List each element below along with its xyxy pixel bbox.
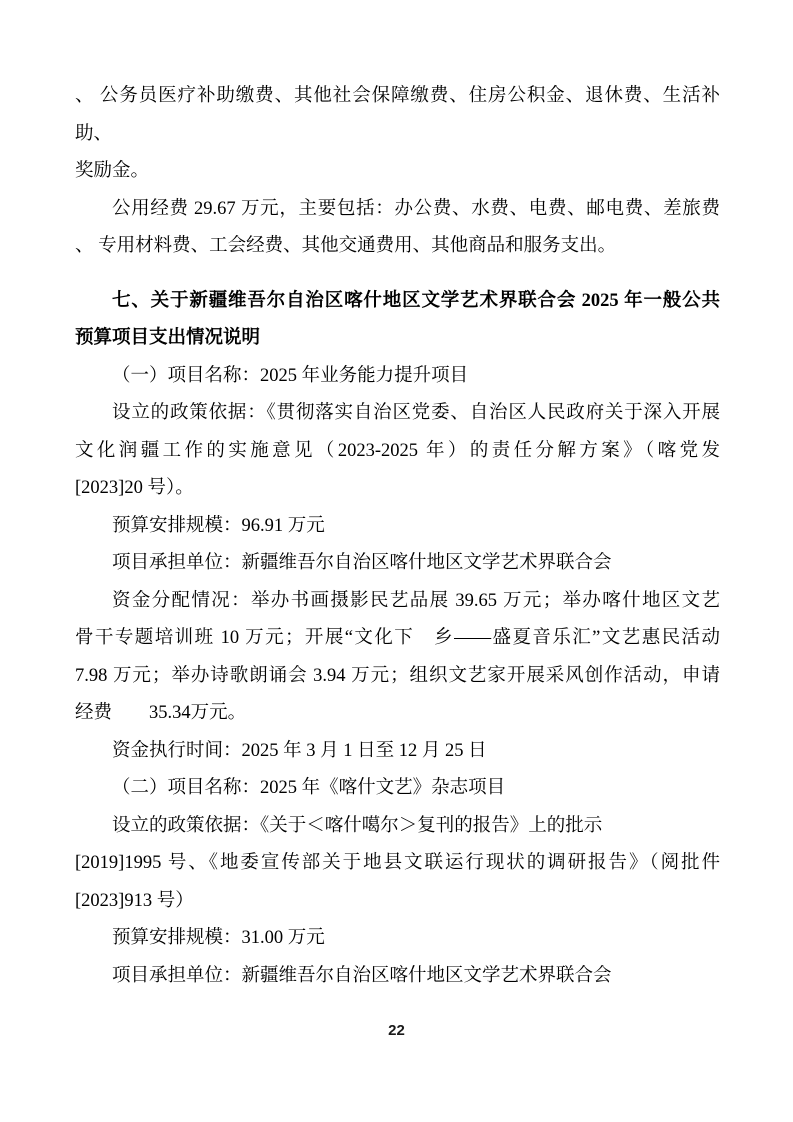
line-public-expense: 公用经费 29.67 万元，主要包括：办公费、水费、电费、邮电费、差旅费 [75, 191, 720, 229]
line-project1-fund-allocation-cont1: 骨干专题培训班 10 万元；开展“文化下 乡——盛夏音乐汇”文艺惠民活动 [75, 620, 720, 658]
line-reward-fund: 奖励金。 [75, 153, 720, 191]
line-project1-budget-scale: 预算安排规模：96.91 万元 [75, 508, 720, 546]
line-project1-policy-basis: 设立的政策依据：《贯彻落实自治区党委、自治区人民政府关于深入开展 [75, 395, 720, 433]
line-project2-undertaker: 项目承担单位：新疆维吾尔自治区喀什地区文学艺术界联合会 [75, 958, 720, 996]
line-project2-policy-basis-cont2: [2023]913 号） [75, 883, 720, 921]
line-project1-fund-allocation: 资金分配情况：举办书画摄影民艺品展 39.65 万元；举办喀什地区文艺 [75, 583, 720, 621]
line-public-expense-continuation: 、 专用材料费、工会经费、其他交通费用、其他商品和服务支出。 [75, 228, 720, 266]
line-project1-policy-doc-number: [2023]20 号）。 [75, 470, 720, 508]
line-project1-execution-period: 资金执行时间：2025 年 3 月 1 日至 12 月 25 日 [75, 733, 720, 771]
line-project1-fund-allocation-cont2: 7.98 万元；举办诗歌朗诵会 3.94 万元；组织文艺家开展采风创作活动，申请 [75, 658, 720, 696]
line-project2-budget-scale: 预算安排规模：31.00 万元 [75, 920, 720, 958]
page-number: 22 [0, 1022, 793, 1039]
heading-section-seven-line1: 七、关于新疆维吾尔自治区喀什地区文学艺术界联合会 2025 年一般公共 [75, 283, 720, 321]
line-project2-policy-basis: 设立的政策依据：《关于＜喀什噶尔＞复刊的报告》上的批示 [75, 808, 720, 846]
document-body: 、 公务员医疗补助缴费、其他社会保障缴费、住房公积金、退休费、生活补 助、 奖励… [75, 78, 720, 995]
line-benefit-fees-wrap: 助、 [75, 116, 720, 154]
line-project2-policy-basis-cont1: [2019]1995 号、《地委宣传部关于地县文联运行现状的调研报告》（阅批件 [75, 845, 720, 883]
line-project1-undertaker: 项目承担单位：新疆维吾尔自治区喀什地区文学艺术界联合会 [75, 545, 720, 583]
line-project1-fund-allocation-cont3: 经费 35.34万元。 [75, 695, 720, 733]
heading-section-seven-line2: 预算项目支出情况说明 [75, 320, 720, 358]
line-project1-policy-basis-cont: 文化润疆工作的实施意见（2023-2025 年）的责任分解方案》（喀党发 [75, 433, 720, 471]
line-project1-name: （一）项目名称：2025 年业务能力提升项目 [75, 358, 720, 396]
line-benefit-fees-continuation: 、 公务员医疗补助缴费、其他社会保障缴费、住房公积金、退休费、生活补 [75, 78, 720, 116]
line-project2-name: （二）项目名称：2025 年《喀什文艺》杂志项目 [75, 770, 720, 808]
document-page: 、 公务员医疗补助缴费、其他社会保障缴费、住房公积金、退休费、生活补 助、 奖励… [0, 0, 793, 1122]
